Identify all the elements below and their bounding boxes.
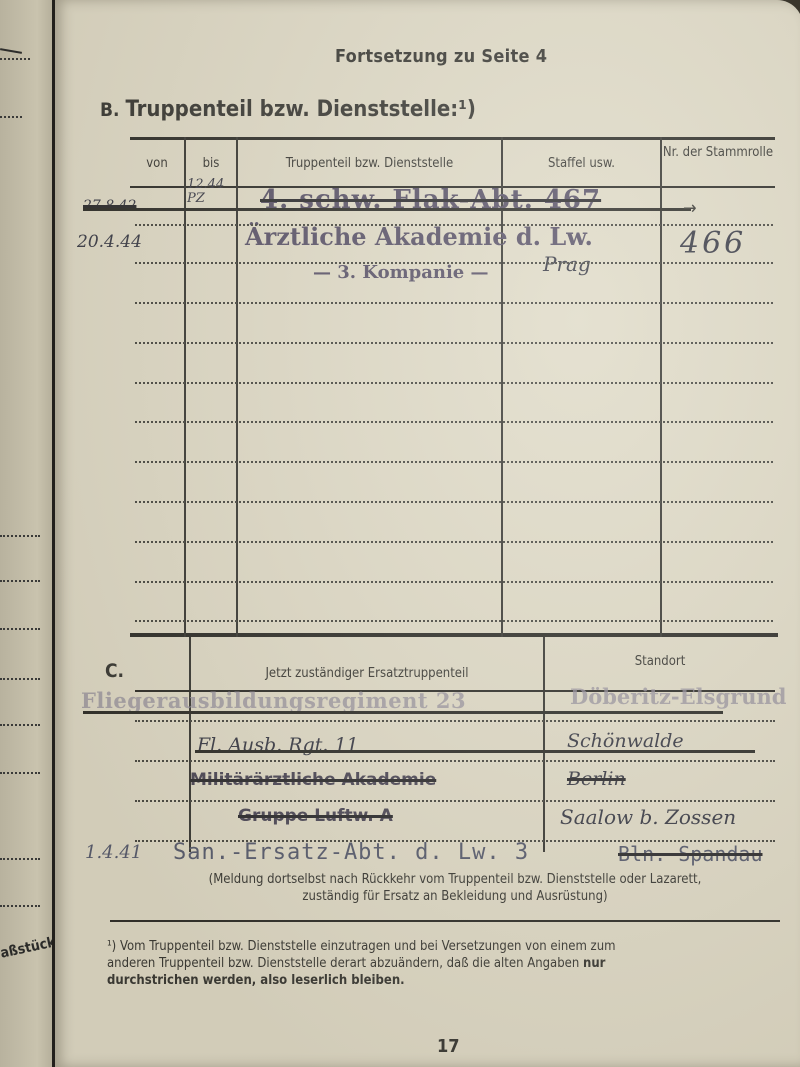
entry-2-staffel: Prag — [543, 252, 591, 276]
section-c-entry-1-strike — [83, 711, 723, 714]
table-row — [135, 342, 773, 344]
column-divider — [543, 637, 545, 852]
table-row — [135, 581, 773, 583]
column-header-ersatztruppenteil: Jetzt zuständiger Ersatztruppenteil — [191, 666, 543, 681]
section-b-title: Truppenteil bzw. Dienststelle:¹) — [126, 97, 476, 122]
left-page-dotted-line — [0, 116, 22, 118]
section-c-entry-5-unit: San.-Ersatz-Abt. d. Lw. 3 — [173, 840, 529, 865]
left-page-rule — [0, 48, 22, 54]
column-header-bis: bis — [186, 156, 236, 171]
column-divider — [660, 137, 662, 637]
page-number: 17 — [437, 1036, 460, 1057]
section-c-entry-3-location: Berlin — [567, 768, 626, 790]
left-page-dotted-line — [0, 580, 40, 582]
left-page-dotted-line — [0, 628, 40, 630]
column-divider — [184, 137, 186, 637]
column-header-von: von — [130, 156, 184, 171]
section-c-entry-1-location: Döberitz-Elsgrund — [570, 684, 786, 709]
entry-2-von: 20.4.44 — [77, 232, 142, 252]
table-row — [135, 262, 773, 264]
table-row — [135, 421, 773, 423]
table-top-rule — [130, 137, 775, 140]
section-c-entry-2-location: Schönwalde — [567, 730, 684, 752]
table-row — [135, 224, 773, 226]
table-bottom-rule — [130, 633, 778, 637]
footnote-line-3: durchstrichen werden, also leserlich ble… — [107, 972, 787, 989]
section-c-letter: C. — [105, 660, 124, 682]
table-row — [135, 760, 775, 762]
left-page-partial-word: aßstück — [0, 934, 57, 961]
left-page-dotted-line — [0, 724, 40, 726]
footnote-line-2: anderen Truppenteil bzw. Dienststelle de… — [107, 955, 787, 972]
left-page-dotted-line — [0, 58, 30, 60]
table-row — [135, 800, 775, 802]
table-row — [135, 461, 773, 463]
left-page-dotted-line — [0, 678, 40, 680]
table-row — [135, 501, 773, 503]
entry-1-von: 27.8.42 — [83, 198, 136, 214]
entry-2-unit-stamp: Ärztliche Akademie d. Lw. — [245, 222, 593, 251]
column-divider — [236, 137, 238, 637]
column-header-standort: Standort — [545, 654, 775, 669]
strike-arrow: → — [683, 198, 697, 219]
column-header-stammrolle: Nr. der Stammrolle — [662, 145, 774, 161]
table-row — [135, 382, 773, 384]
left-page-dotted-line — [0, 905, 40, 907]
table-row — [135, 541, 773, 543]
entry-1-strike-line — [83, 208, 691, 211]
section-c-entry-4-location: Saalow b. Zossen — [560, 805, 736, 829]
section-b-letter: B. — [100, 99, 120, 121]
table-row — [135, 620, 773, 622]
section-c-entry-2-strike — [195, 750, 755, 753]
section-c-note-line-2: zuständig für Ersatz an Bekleidung und A… — [115, 889, 795, 904]
entry-2-stammrolle: 466 — [680, 226, 746, 261]
column-header-unit: Truppenteil bzw. Dienststelle — [238, 156, 501, 171]
section-c-entry-5-location: Bln.-Spandau — [618, 842, 763, 866]
left-page-dotted-line — [0, 535, 40, 537]
footnote-line-1: ¹) Vom Truppenteil bzw. Dienststelle ein… — [107, 938, 787, 955]
left-page-dotted-line — [0, 858, 40, 860]
entry-1-bis: 12.44 PZ — [187, 178, 235, 206]
section-c-entry-4-unit: Gruppe Luftw. A — [238, 806, 393, 826]
table-row — [135, 720, 775, 722]
section-c-entry-3-unit: Militärärztliche Akademie — [190, 770, 436, 790]
entry-2-unit-sub-stamp: — 3. Kompanie — — [313, 262, 489, 283]
footnote-separator — [110, 920, 780, 922]
document-page: Fortsetzung zu Seite 4 B.Truppenteil bzw… — [52, 0, 800, 1067]
footnote: ¹) Vom Truppenteil bzw. Dienststelle ein… — [107, 938, 787, 989]
table-row — [135, 302, 773, 304]
section-c-entry-1-unit: Fliegerausbildungsregiment 23 — [81, 688, 466, 713]
section-c-note-line-1: (Meldung dortselbst nach Rückkehr vom Tr… — [115, 872, 795, 887]
left-page-dotted-line — [0, 772, 40, 774]
continuation-title: Fortsetzung zu Seite 4 — [335, 46, 547, 67]
section-b-heading: B.Truppenteil bzw. Dienststelle:¹) — [100, 97, 476, 122]
section-c-entry-5-date: 1.4.41 — [85, 842, 142, 863]
column-header-staffel: Staffel usw. — [503, 156, 660, 171]
